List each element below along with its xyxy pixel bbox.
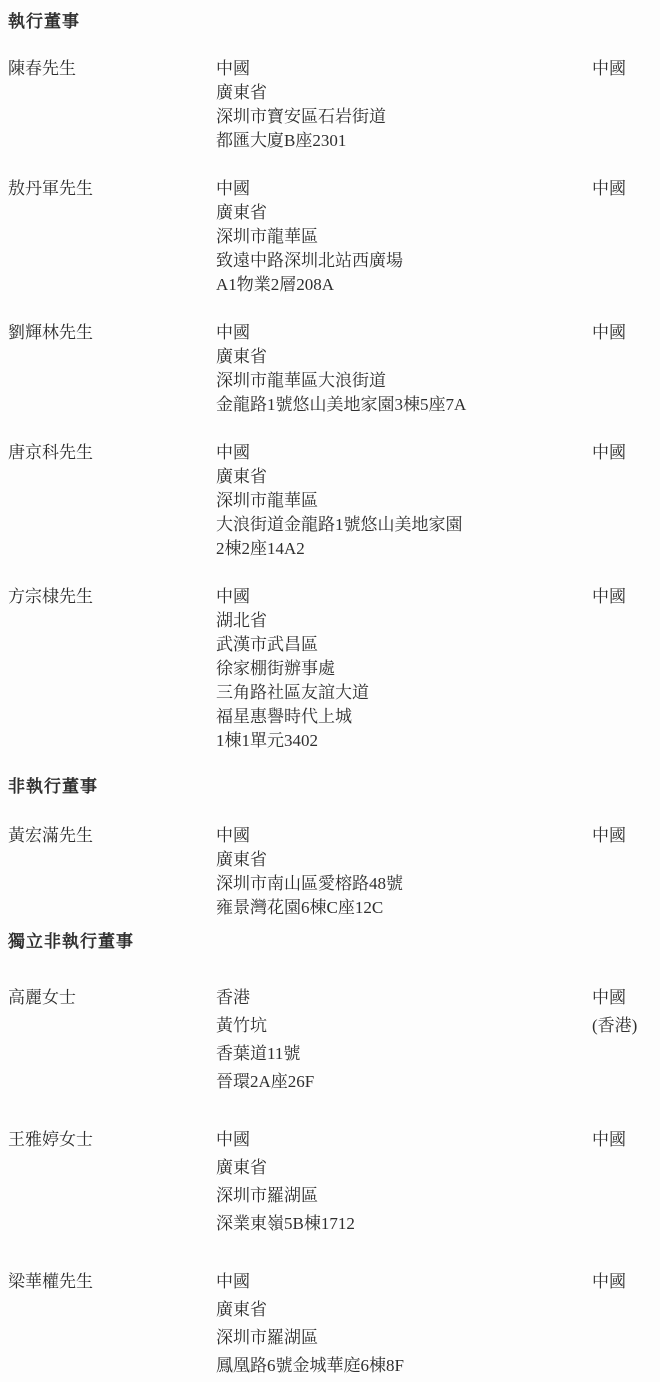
address-line: 深圳市龍華區大浪街道 <box>216 369 585 393</box>
nationality-line: 中國 <box>592 1268 660 1296</box>
address-line: 廣東省 <box>216 1296 585 1324</box>
address-line: 中國 <box>216 824 585 848</box>
address-line: 徐家棚街辦事處 <box>216 657 585 681</box>
sections-root: 執行董事 陳春先生 中國廣東省深圳市寶安區石岩街道都匯大廈B座2301 中國 敖… <box>8 10 660 1380</box>
director-row: 劉輝林先生 中國廣東省深圳市龍華區大浪街道金龍路1號悠山美地家園3棟5座7A 中… <box>8 321 660 417</box>
director-row: 方宗棣先生 中國湖北省武漢市武昌區徐家棚街辦事處三角路社區友誼大道福星惠譽時代上… <box>8 585 660 753</box>
director-row: 唐京科先生 中國廣東省深圳市龍華區大浪街道金龍路1號悠山美地家園2棟2座14A2… <box>8 441 660 561</box>
director-nationality: 中國 <box>585 441 660 465</box>
nationality-line: (香港) <box>592 1012 660 1040</box>
director-row: 陳春先生 中國廣東省深圳市寶安區石岩街道都匯大廈B座2301 中國 <box>8 57 660 153</box>
director-address: 中國廣東省深圳市羅湖區鳳凰路6號金城華庭6棟8F <box>216 1268 585 1380</box>
address-line: 中國 <box>216 177 585 201</box>
director-name: 王雅婷女士 <box>8 1126 216 1154</box>
section-rows: 黃宏滿先生 中國廣東省深圳市南山區愛榕路48號雍景灣花園6棟C座12C 中國 <box>8 824 660 920</box>
director-row: 黃宏滿先生 中國廣東省深圳市南山區愛榕路48號雍景灣花園6棟C座12C 中國 <box>8 824 660 920</box>
director-row: 高麗女士 香港黃竹坑香葉道11號晉環2A座26F 中國(香港) <box>8 984 660 1096</box>
director-address: 香港黃竹坑香葉道11號晉環2A座26F <box>216 984 585 1096</box>
director-row: 王雅婷女士 中國廣東省深圳市羅湖區深業東嶺5B棟1712 中國 <box>8 1126 660 1238</box>
nationality-line: 中國 <box>592 177 660 201</box>
director-nationality: 中國 <box>585 824 660 848</box>
address-line: 鳳凰路6號金城華庭6棟8F <box>216 1352 585 1380</box>
address-line: 福星惠譽時代上城 <box>216 705 585 729</box>
nationality-line: 中國 <box>592 57 660 81</box>
address-line: 1棟1單元3402 <box>216 729 585 753</box>
address-line: 深圳市南山區愛榕路48號 <box>216 872 585 896</box>
director-address: 中國湖北省武漢市武昌區徐家棚街辦事處三角路社區友誼大道福星惠譽時代上城1棟1單元… <box>216 585 585 753</box>
address-line: 都匯大廈B座2301 <box>216 129 585 153</box>
director-row: 梁華權先生 中國廣東省深圳市羅湖區鳳凰路6號金城華庭6棟8F 中國 <box>8 1268 660 1380</box>
director-nationality: 中國(香港) <box>585 984 660 1040</box>
address-line: 2棟2座14A2 <box>216 537 585 561</box>
nationality-line: 中國 <box>592 441 660 465</box>
section-heading: 獨立非執行董事 <box>8 930 660 954</box>
director-name: 敖丹軍先生 <box>8 177 216 201</box>
director-address: 中國廣東省深圳市龍華區大浪街道金龍路1號悠山美地家園3棟5座7A <box>216 321 585 417</box>
director-address: 中國廣東省深圳市羅湖區深業東嶺5B棟1712 <box>216 1126 585 1238</box>
address-line: 廣東省 <box>216 1154 585 1182</box>
address-line: 中國 <box>216 57 585 81</box>
address-line: 三角路社區友誼大道 <box>216 681 585 705</box>
address-line: 深圳市羅湖區 <box>216 1324 585 1352</box>
directors-page: 執行董事 陳春先生 中國廣東省深圳市寶安區石岩街道都匯大廈B座2301 中國 敖… <box>0 0 660 1382</box>
director-name: 黃宏滿先生 <box>8 824 216 848</box>
address-line: 香港 <box>216 984 585 1012</box>
address-line: 晉環2A座26F <box>216 1068 585 1096</box>
address-line: 大浪街道金龍路1號悠山美地家園 <box>216 513 585 537</box>
address-line: 中國 <box>216 321 585 345</box>
address-line: 中國 <box>216 441 585 465</box>
address-line: 湖北省 <box>216 609 585 633</box>
nationality-line: 中國 <box>592 321 660 345</box>
director-name: 梁華權先生 <box>8 1268 216 1296</box>
address-line: 金龍路1號悠山美地家園3棟5座7A <box>216 393 585 417</box>
director-address: 中國廣東省深圳市南山區愛榕路48號雍景灣花園6棟C座12C <box>216 824 585 920</box>
address-line: 香葉道11號 <box>216 1040 585 1068</box>
address-line: A1物業2層208A <box>216 273 585 297</box>
address-line: 廣東省 <box>216 345 585 369</box>
director-name: 劉輝林先生 <box>8 321 216 345</box>
address-line: 雍景灣花園6棟C座12C <box>216 896 585 920</box>
director-section: 非執行董事 黃宏滿先生 中國廣東省深圳市南山區愛榕路48號雍景灣花園6棟C座12… <box>8 775 660 920</box>
nationality-line: 中國 <box>592 1126 660 1154</box>
section-heading: 非執行董事 <box>8 775 660 799</box>
director-nationality: 中國 <box>585 57 660 81</box>
address-line: 深圳市龍華區 <box>216 489 585 513</box>
nationality-line: 中國 <box>592 585 660 609</box>
director-address: 中國廣東省深圳市寶安區石岩街道都匯大廈B座2301 <box>216 57 585 153</box>
director-nationality: 中國 <box>585 321 660 345</box>
section-rows: 高麗女士 香港黃竹坑香葉道11號晉環2A座26F 中國(香港) 王雅婷女士 中國… <box>8 984 660 1380</box>
address-line: 中國 <box>216 585 585 609</box>
address-line: 中國 <box>216 1268 585 1296</box>
director-nationality: 中國 <box>585 585 660 609</box>
section-heading: 執行董事 <box>8 10 660 34</box>
director-nationality: 中國 <box>585 1126 660 1154</box>
director-row: 敖丹軍先生 中國廣東省深圳市龍華區致遠中路深圳北站西廣場A1物業2層208A 中… <box>8 177 660 297</box>
director-section: 執行董事 陳春先生 中國廣東省深圳市寶安區石岩街道都匯大廈B座2301 中國 敖… <box>8 10 660 753</box>
director-name: 陳春先生 <box>8 57 216 81</box>
section-rows: 陳春先生 中國廣東省深圳市寶安區石岩街道都匯大廈B座2301 中國 敖丹軍先生 … <box>8 57 660 753</box>
director-name: 高麗女士 <box>8 984 216 1012</box>
address-line: 黃竹坑 <box>216 1012 585 1040</box>
address-line: 武漢市武昌區 <box>216 633 585 657</box>
director-name: 唐京科先生 <box>8 441 216 465</box>
address-line: 深業東嶺5B棟1712 <box>216 1210 585 1238</box>
director-section: 獨立非執行董事 高麗女士 香港黃竹坑香葉道11號晉環2A座26F 中國(香港) … <box>8 930 660 1380</box>
nationality-line: 中國 <box>592 824 660 848</box>
address-line: 深圳市羅湖區 <box>216 1182 585 1210</box>
address-line: 廣東省 <box>216 848 585 872</box>
address-line: 廣東省 <box>216 81 585 105</box>
address-line: 致遠中路深圳北站西廣場 <box>216 249 585 273</box>
director-address: 中國廣東省深圳市龍華區致遠中路深圳北站西廣場A1物業2層208A <box>216 177 585 297</box>
director-address: 中國廣東省深圳市龍華區大浪街道金龍路1號悠山美地家園2棟2座14A2 <box>216 441 585 561</box>
address-line: 廣東省 <box>216 201 585 225</box>
director-nationality: 中國 <box>585 1268 660 1296</box>
director-name: 方宗棣先生 <box>8 585 216 609</box>
address-line: 深圳市龍華區 <box>216 225 585 249</box>
address-line: 廣東省 <box>216 465 585 489</box>
address-line: 深圳市寶安區石岩街道 <box>216 105 585 129</box>
director-nationality: 中國 <box>585 177 660 201</box>
address-line: 中國 <box>216 1126 585 1154</box>
nationality-line: 中國 <box>592 984 660 1012</box>
